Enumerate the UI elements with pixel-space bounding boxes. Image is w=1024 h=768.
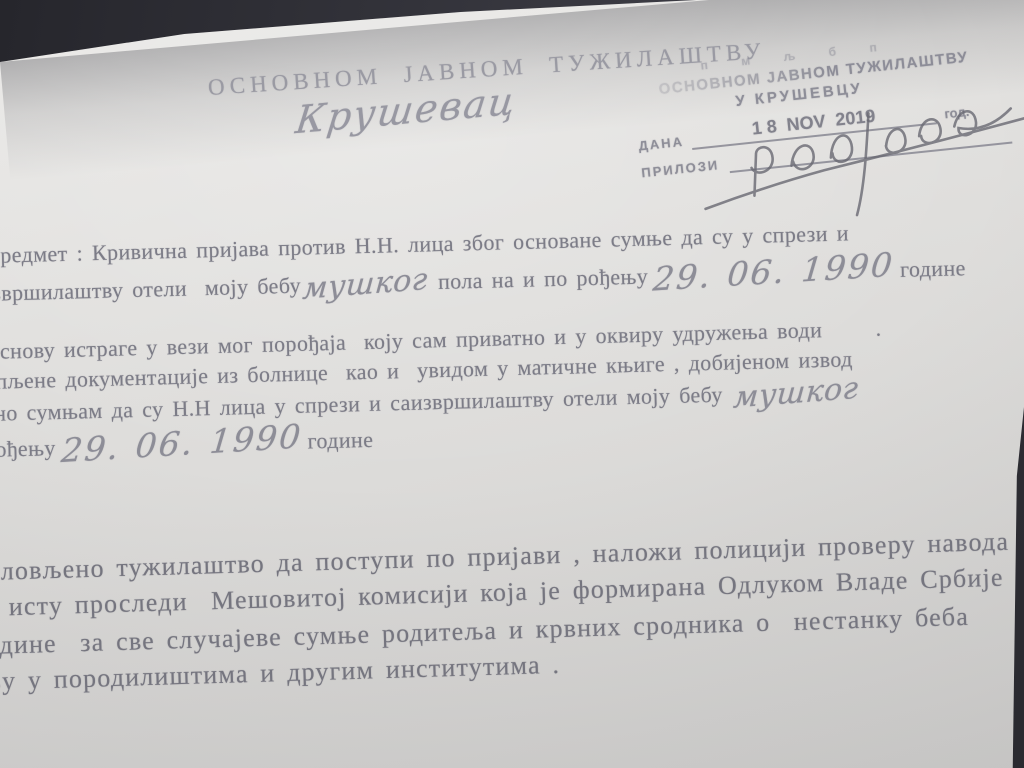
subject-line-2-text-b: пола на и по рођењу bbox=[438, 264, 649, 294]
body-line-4-text-b: године bbox=[307, 427, 373, 454]
document-photo: ОСНОВНОМ ЈАВНОМ ТУЖИЛАШТВУ Крушевац п м … bbox=[0, 0, 1024, 768]
paper-sheet: ОСНОВНОМ ЈАВНОМ ТУЖИЛАШТВУ Крушевац п м … bbox=[0, 0, 1024, 768]
subject-line-2-text-a: извршилаштву отели моју бебу bbox=[0, 273, 301, 306]
stamp-date-label: ДАНА bbox=[638, 134, 685, 156]
body-line-4-text-a: рођењу bbox=[0, 435, 56, 462]
subject-line-2-text-c: године bbox=[900, 255, 966, 282]
